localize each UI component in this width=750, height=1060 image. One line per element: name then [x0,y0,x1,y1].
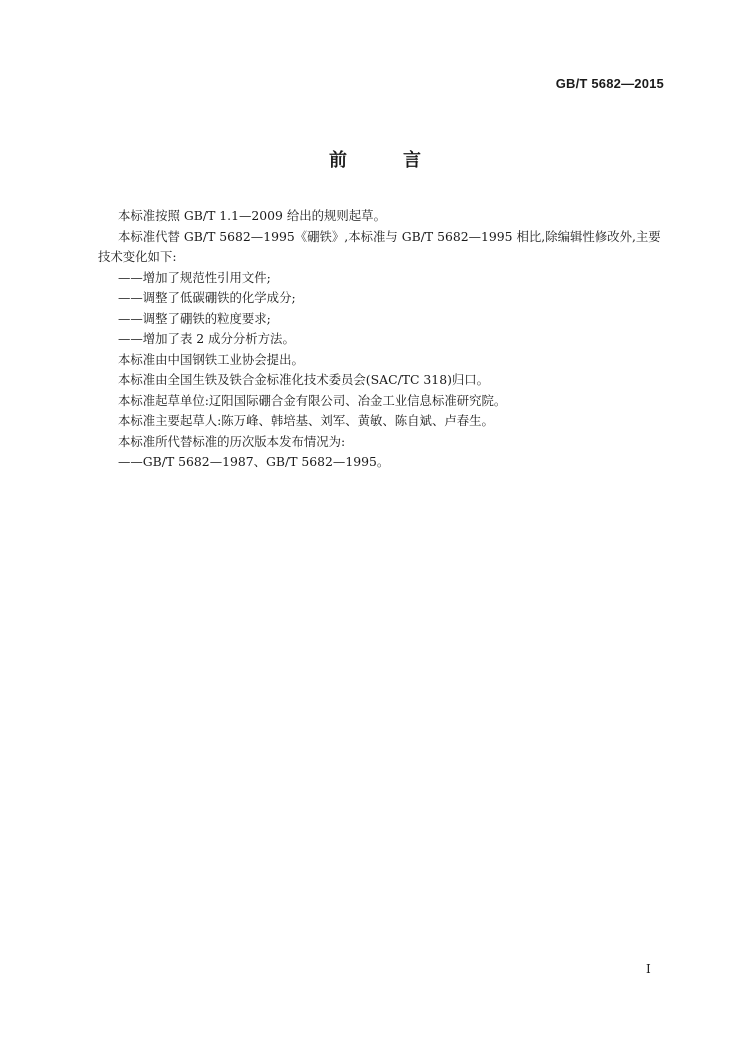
paragraph-proposed-by: 本标准由中国钢铁工业协会提出。 [98,350,665,371]
paragraph-drafting-units: 本标准起草单位:辽阳国际硼合金有限公司、冶金工业信息标准研究院。 [98,391,665,412]
title-char-1: 前 [329,146,347,172]
page-title: 前言 [0,146,750,172]
standard-number: GB/T 5682—2015 [556,76,664,91]
change-item: ——调整了低碳硼铁的化学成分; [98,288,665,309]
change-item: ——增加了规范性引用文件; [98,268,665,289]
title-char-2: 言 [403,146,421,172]
history-item: ——GB/T 5682—1987、GB/T 5682—1995。 [98,452,665,473]
change-item: ——增加了表 2 成分分析方法。 [98,329,665,350]
paragraph-drafters: 本标准主要起草人:陈万峰、韩培基、刘军、黄敏、陈自斌、卢春生。 [98,411,665,432]
change-item: ——调整了硼铁的粒度要求; [98,309,665,330]
paragraph-history-intro: 本标准所代替标准的历次版本发布情况为: [98,432,665,453]
paragraph-drafting-rules: 本标准按照 GB/T 1.1—2009 给出的规则起草。 [98,206,665,227]
paragraph-centralized-by: 本标准由全国生铁及铁合金标准化技术委员会(SAC/TC 318)归口。 [98,370,665,391]
page-number: I [646,962,651,976]
paragraph-replaces: 本标准代替 GB/T 5682—1995《硼铁》,本标准与 GB/T 5682—… [98,227,665,268]
foreword-body: 本标准按照 GB/T 1.1—2009 给出的规则起草。 本标准代替 GB/T … [98,206,665,473]
